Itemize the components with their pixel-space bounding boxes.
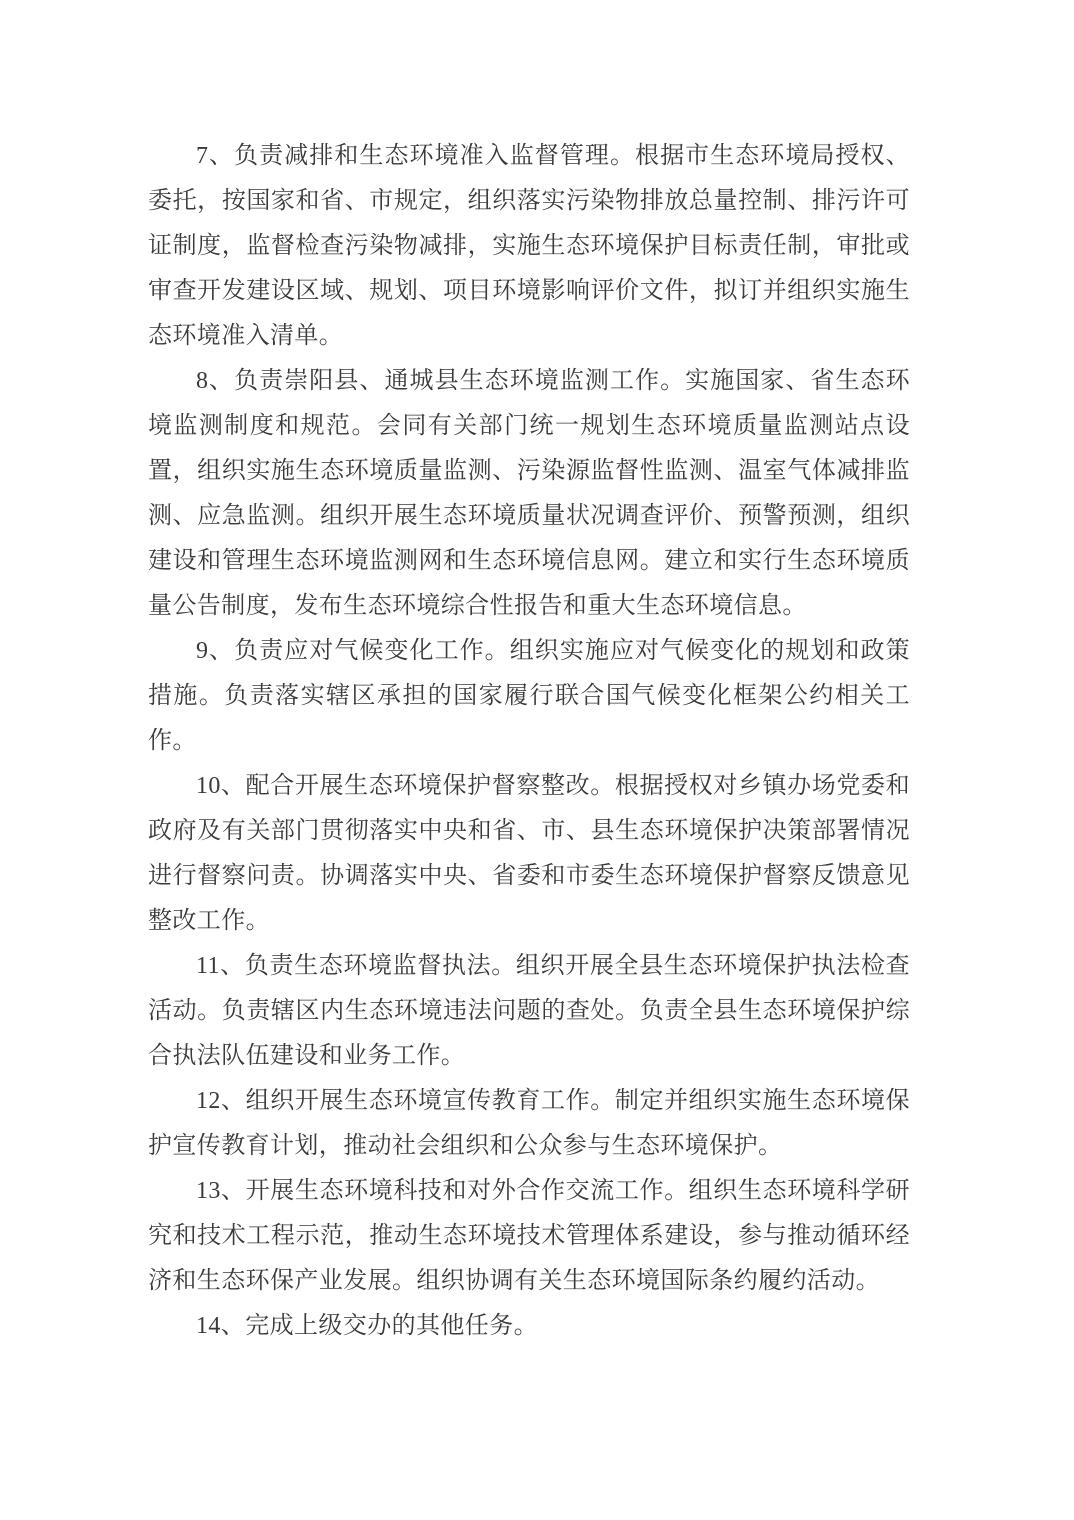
- document-body: 7、负责减排和生态环境准入监督管理。根据市生态环境局授权、委托，按国家和省、市规…: [148, 134, 910, 1349]
- document-page: 7、负责减排和生态环境准入监督管理。根据市生态环境局授权、委托，按国家和省、市规…: [0, 0, 1074, 1520]
- paragraph-14: 14、完成上级交办的其他任务。: [148, 1304, 910, 1349]
- paragraph-8: 8、负责崇阳县、通城县生态环境监测工作。实施国家、省生态环境监测制度和规范。会同…: [148, 359, 910, 629]
- paragraph-7: 7、负责减排和生态环境准入监督管理。根据市生态环境局授权、委托，按国家和省、市规…: [148, 134, 910, 359]
- paragraph-11: 11、负责生态环境监督执法。组织开展全县生态环境保护执法检查活动。负责辖区内生态…: [148, 944, 910, 1079]
- paragraph-12: 12、组织开展生态环境宣传教育工作。制定并组织实施生态环境保护宣传教育计划，推动…: [148, 1079, 910, 1169]
- paragraph-13: 13、开展生态环境科技和对外合作交流工作。组织生态环境科学研究和技术工程示范，推…: [148, 1169, 910, 1304]
- paragraph-9: 9、负责应对气候变化工作。组织实施应对气候变化的规划和政策措施。负责落实辖区承担…: [148, 629, 910, 764]
- paragraph-10: 10、配合开展生态环境保护督察整改。根据授权对乡镇办场党委和政府及有关部门贯彻落…: [148, 764, 910, 944]
